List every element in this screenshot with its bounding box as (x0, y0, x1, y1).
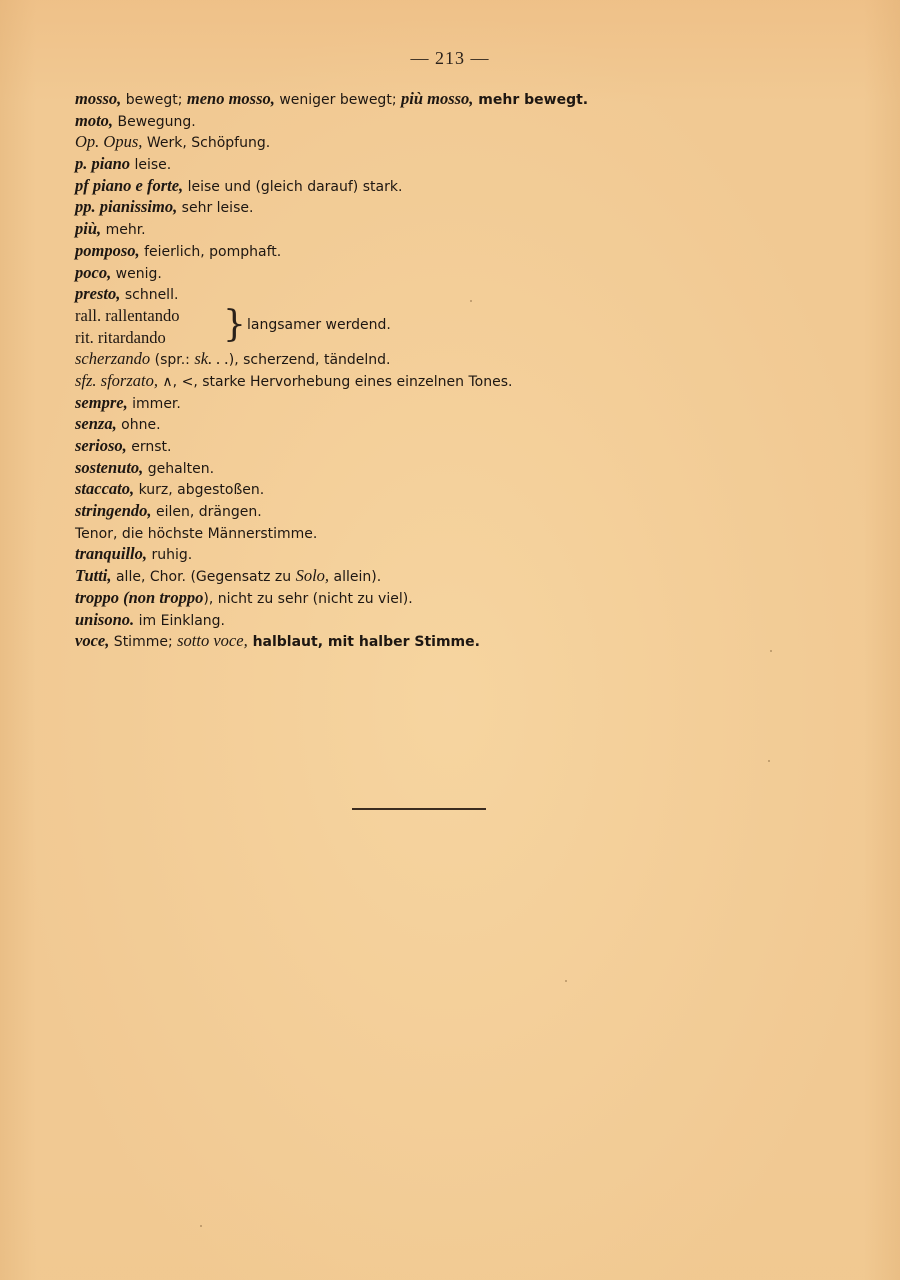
entry-sostenuto: sostenuto, gehalten. (75, 457, 755, 479)
entry-voce: voce, Stimme; sotto voce, halblaut, mit … (75, 630, 755, 652)
entry-moto: moto, Bewegung. (75, 110, 755, 132)
definition: kurz, abgestoßen. (134, 482, 264, 498)
entry-rallentando-ritardando: rall. rallentando rit. ritardando } lang… (75, 305, 755, 348)
paper-speck (200, 1225, 202, 1227)
entry-tranquillo: tranquillo, ruhig. (75, 543, 755, 565)
entry-scherzando: scherzando (spr.: sk. . .), scherzend, t… (75, 348, 755, 370)
term: pf piano e forte, (75, 176, 183, 195)
definition: eilen, drängen. (152, 504, 262, 520)
entry-pomposo: pomposo, feierlich, pomphaft. (75, 240, 755, 262)
definition: mehr bewegt. (473, 92, 588, 108)
term: meno mosso, (187, 89, 275, 108)
term: sotto voce, (177, 631, 248, 650)
definition: leise. (130, 157, 171, 173)
definition: halblaut, mit halber Stimme. (248, 634, 480, 650)
definition: langsamer werdend. (247, 315, 391, 337)
definition: bewegt; (121, 92, 187, 108)
brace-symbol: } (223, 305, 246, 348)
definition: allein). (329, 569, 381, 585)
term: sfz. sforzato, (75, 371, 158, 390)
definition: sehr leise. (177, 200, 253, 216)
term: presto, (75, 284, 120, 303)
term: scherzando (75, 349, 150, 368)
entry-pianissimo: pp. pianissimo, sehr leise. (75, 196, 755, 218)
definition: ∧, <, starke Hervorhebung eines einzelne… (158, 374, 512, 390)
entry-stringendo: stringendo, eilen, drängen. (75, 500, 755, 522)
entry-piu: più, mehr. (75, 218, 755, 240)
definition: ), nicht zu sehr (nicht zu viel). (203, 591, 412, 607)
definition: ernst. (127, 439, 172, 455)
term: stringendo, (75, 501, 152, 520)
entry-unisono: unisono. im Einklang. (75, 609, 755, 631)
definition: Bewegung. (113, 114, 196, 130)
term: poco, (75, 263, 111, 282)
term: staccato, (75, 479, 134, 498)
entry-piano: p. piano leise. (75, 153, 755, 175)
definition: feierlich, pomphaft. (140, 244, 282, 260)
term: moto, (75, 111, 113, 130)
term: senza, (75, 414, 117, 433)
definition: Werk, Schöpfung. (142, 135, 270, 151)
term: Solo, (296, 566, 329, 585)
term: troppo (non troppo (75, 588, 203, 607)
definition: mehr. (101, 222, 146, 238)
entry-piano-e-forte: pf piano e forte, leise und (gleich dara… (75, 175, 755, 197)
definition: (spr.: (150, 352, 194, 368)
definition: Stimme; (109, 634, 177, 650)
term: pomposo, (75, 241, 140, 260)
definition: ohne. (117, 417, 161, 433)
term: tranquillo, (75, 544, 147, 563)
section-end-rule (352, 808, 486, 810)
term: serioso, (75, 436, 127, 455)
definition: weniger bewegt; (275, 92, 401, 108)
term: sostenuto, (75, 458, 143, 477)
entry-presto: presto, schnell. (75, 283, 755, 305)
definition: ruhig. (147, 547, 192, 563)
term: pp. pianissimo, (75, 197, 177, 216)
paper-speck (770, 650, 772, 652)
entry-poco: poco, wenig. (75, 262, 755, 284)
paper-speck (470, 300, 472, 302)
term: sk. . . (194, 349, 228, 368)
definition: im Einklang. (134, 613, 225, 629)
term: più, (75, 219, 101, 238)
entry-sforzato: sfz. sforzato, ∧, <, starke Hervorhebung… (75, 370, 755, 392)
definition: ), scherzend, tändelnd. (229, 352, 391, 368)
definition: schnell. (120, 287, 178, 303)
entry-sempre: sempre, immer. (75, 392, 755, 414)
definition: wenig. (111, 266, 162, 282)
entry-serioso: serioso, ernst. (75, 435, 755, 457)
term: unisono. (75, 610, 134, 629)
page-number: — 213 — (0, 48, 900, 69)
term: Op. Opus, (75, 132, 142, 151)
definition: leise und (gleich darauf) stark. (183, 179, 402, 195)
entry-staccato: staccato, kurz, abgestoßen. (75, 478, 755, 500)
definition: gehalten. (143, 461, 214, 477)
term: più mosso, (401, 89, 473, 108)
term: rit. ritardando (75, 328, 166, 347)
term: p. piano (75, 154, 130, 173)
paper-speck (768, 760, 770, 762)
definition: alle, Chor. (Gegensatz zu (112, 569, 296, 585)
term: rall. rallentando (75, 306, 179, 325)
definition: Tenor, die höchste Männerstimme. (75, 526, 317, 542)
term: Tutti, (75, 566, 112, 585)
term: mosso, (75, 89, 121, 108)
entry-senza: senza, ohne. (75, 413, 755, 435)
glossary-entries: mosso, bewegt; meno mosso, weniger beweg… (75, 88, 755, 652)
term: sempre, (75, 393, 128, 412)
entry-mosso: mosso, bewegt; meno mosso, weniger beweg… (75, 88, 755, 110)
definition: immer. (128, 396, 181, 412)
entry-tutti: Tutti, alle, Chor. (Gegensatz zu Solo, a… (75, 565, 755, 587)
entry-tenor: Tenor, die höchste Männerstimme. (75, 522, 755, 544)
entry-opus: Op. Opus, Werk, Schöpfung. (75, 131, 755, 153)
paper-speck (565, 980, 567, 982)
entry-troppo: troppo (non troppo), nicht zu sehr (nich… (75, 587, 755, 609)
term: voce, (75, 631, 109, 650)
